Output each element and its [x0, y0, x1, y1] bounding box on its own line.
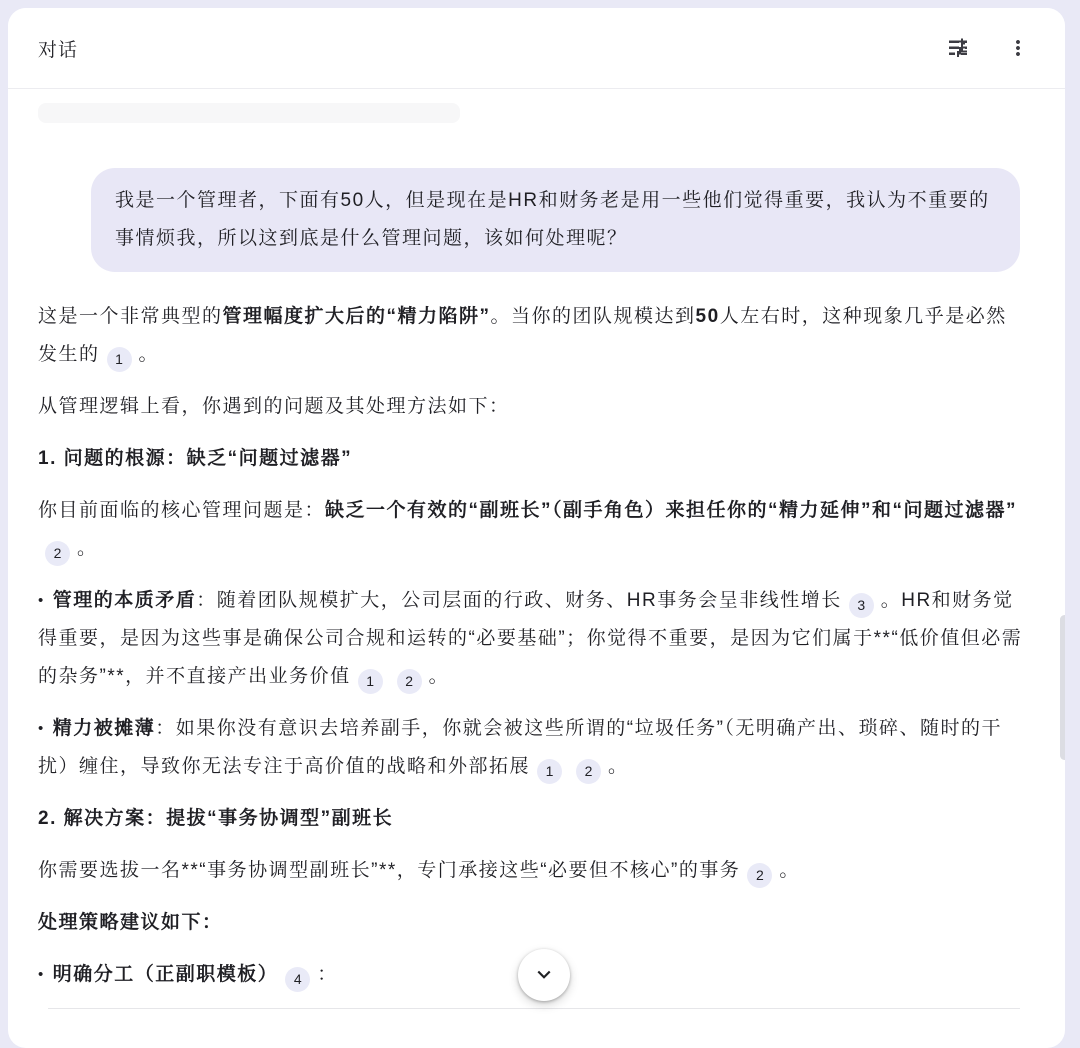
response-paragraph: 你目前面临的核心管理问题是：缺乏一个有效的“副班长”（副手角色）来担任你的“精力… [38, 492, 1026, 568]
citation-chip[interactable]: 2 [397, 669, 422, 694]
body-text: 你需要选拔一名**“事务协调型副班长”**，专门承接这些“必要但不核心”的事务 [38, 860, 740, 881]
citation-chip[interactable]: 2 [576, 759, 601, 784]
chat-header: 对话 [8, 8, 1065, 89]
body-text: 你目前面临的核心管理问题是： [38, 500, 325, 521]
response-paragraph: 从管理逻辑上看，你遇到的问题及其处理方法如下： [38, 388, 1026, 426]
citation-chip[interactable]: 1 [107, 347, 132, 372]
tune-icon[interactable] [938, 28, 978, 68]
response-bullet-item: •管理的本质矛盾：随着团队规模扩大，公司层面的行政、财务、HR事务会呈非线性增长… [38, 582, 1026, 696]
response-heading: 2. 解决方案：提拔“事务协调型”副班长 [38, 800, 1026, 838]
body-text: 。 [77, 538, 98, 559]
body-text: 。 [779, 860, 800, 881]
more-vert-icon[interactable] [998, 28, 1038, 68]
user-message-text: 我是一个管理者，下面有50人，但是现在是HR和财务老是用一些他们觉得重要，我认为… [115, 190, 990, 249]
body-text: 。 [608, 756, 629, 777]
bullet-dot: • [38, 956, 45, 994]
bullet-dot: • [38, 710, 45, 748]
bold-text: 管理幅度扩大后的“精力陷阱” [223, 306, 491, 327]
loading-placeholder-bar [38, 103, 460, 123]
body-text: 2. 解决方案：提拔“事务协调型”副班长 [38, 808, 393, 829]
body-text: 这是一个非常典型的 [38, 306, 223, 327]
body-text: ：随着团队规模扩大，公司层面的行政、财务、HR事务会呈非线性增长 [196, 590, 841, 611]
scroll-to-bottom-button[interactable] [518, 949, 570, 1001]
panel-title: 对话 [38, 35, 78, 62]
response-bullet-item: •精力被摊薄：如果你没有意识去培养副手，你就会被这些所谓的“垃圾任务”（无明确产… [38, 710, 1026, 786]
response-heading: 处理策略建议如下： [38, 904, 1026, 942]
scrollbar-thumb[interactable] [1060, 615, 1065, 760]
bottom-divider [48, 1008, 1020, 1009]
citation-chip[interactable]: 4 [285, 967, 310, 992]
citation-chip[interactable]: 3 [849, 593, 874, 618]
body-text: ： [317, 964, 338, 985]
body-text: 。当你的团队规模达到 [491, 306, 696, 327]
bold-text: 精力被摊薄 [53, 718, 156, 739]
body-text: ：如果你没有意识去培养副手，你就会被这些所谓的“垃圾任务”（无明确产出、琐碎、随… [38, 718, 1002, 777]
assistant-response: 这是一个非常典型的管理幅度扩大后的“精力陷阱”。当你的团队规模达到50人左右时，… [38, 298, 1026, 1008]
chevron-down-icon [531, 962, 557, 988]
response-heading: 1. 问题的根源：缺乏“问题过滤器” [38, 440, 1026, 478]
bold-text: 明确分工（正副职模板） [53, 964, 279, 985]
response-paragraph: 你需要选拔一名**“事务协调型副班长”**，专门承接这些“必要但不核心”的事务2… [38, 852, 1026, 890]
body-text: 1. 问题的根源：缺乏“问题过滤器” [38, 448, 352, 469]
body-text: 。 [429, 666, 450, 687]
chat-panel-card: 对话 我是一个管理者，下面有50人，但是现在是HR和财务老是用一些他们觉得重要，… [8, 8, 1065, 1016]
response-paragraph: 这是一个非常典型的管理幅度扩大后的“精力陷阱”。当你的团队规模达到50人左右时，… [38, 298, 1026, 374]
citation-chip[interactable]: 1 [537, 759, 562, 784]
citation-chip[interactable]: 2 [45, 541, 70, 566]
citation-chip[interactable]: 2 [747, 863, 772, 888]
bold-text: 管理的本质矛盾 [53, 590, 197, 611]
body-text: 。 [139, 344, 160, 365]
body-text: 从管理逻辑上看，你遇到的问题及其处理方法如下： [38, 396, 510, 417]
bold-text: 50 [696, 306, 720, 327]
bold-text: 缺乏一个有效的“副班长”（副手角色）来担任你的“精力延伸”和“问题过滤器” [325, 500, 1017, 521]
user-message-bubble: 我是一个管理者，下面有50人，但是现在是HR和财务老是用一些他们觉得重要，我认为… [91, 168, 1020, 272]
citation-chip[interactable]: 1 [358, 669, 383, 694]
bullet-dot: • [38, 582, 45, 620]
body-text: 处理策略建议如下： [38, 912, 223, 933]
